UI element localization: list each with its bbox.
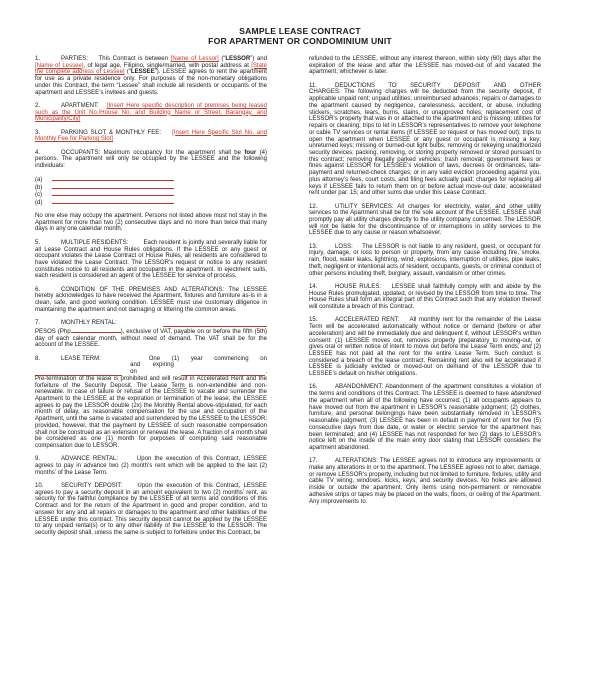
emphasis-abandoned: abandoned <box>511 391 541 397</box>
section-occupants: 4.OCCUPANTS: Maximum occupancy for the a… <box>35 150 267 170</box>
term-lessor: LESSOR <box>225 56 250 62</box>
section-alterations: 17.ALTERATIONS: The LESSEE agrees not to… <box>309 458 541 505</box>
section-lease-term: 8.LEASE TERM:One (1) year commencing on … <box>35 356 267 450</box>
security-deposit-continued: refunded to the LESSEE, without any inte… <box>309 56 541 76</box>
text: ”) and <box>250 56 267 62</box>
text: This Contract is between <box>99 56 171 62</box>
section-accelerated-rent: 15.ACCELERATED RENT: All monthly rent fo… <box>309 317 541 377</box>
section-heading: ALTERATIONS: <box>335 458 378 464</box>
section-heading: MULTIPLE RESIDENTS: <box>61 240 128 246</box>
section-utility-services: 12.UTILITY SERVICES: All charges for ele… <box>309 204 541 238</box>
occupant-blank-field[interactable] <box>52 199 174 204</box>
occupant-blank-field[interactable] <box>52 184 174 189</box>
section-heading: PARTIES: <box>61 56 88 62</box>
placeholder-lessee-name[interactable]: [Name of Lessee] <box>35 63 84 69</box>
text: The LESSEE agrees not to introduce any i… <box>309 458 541 504</box>
section-heading: APARTMENT: <box>61 103 99 109</box>
section-number: 8. <box>35 356 61 363</box>
occupant-label: (a) <box>35 177 42 183</box>
section-heading: HOUSE RULES: <box>335 284 381 290</box>
occupants-restriction: No one else may occupy the apartment. Pe… <box>35 213 267 233</box>
section-heading: UTILITY SERVICES: <box>335 204 394 210</box>
text: Maximum occupancy for the apartment shal… <box>104 150 245 156</box>
left-column: 1.PARTIES: This Contract is between [Nam… <box>35 56 267 543</box>
document-title: SAMPLE LEASE CONTRACT FOR APARTMENT OR C… <box>0 26 600 46</box>
text: Upon the execution of this Contract, LES… <box>35 483 267 536</box>
section-heading: LEASE TERM: <box>61 356 101 362</box>
section-number: 11. <box>309 83 335 90</box>
section-advance-rental: 9.ADVANCE RENTAL: Upon the execution of … <box>35 456 267 476</box>
text: Pre-termination of the lease is prohibit… <box>35 376 267 449</box>
section-number: 4. <box>35 150 61 157</box>
emphasis-and: and <box>521 344 531 350</box>
section-heading: CONDITION OF THE PREMISES AND ALTERATION… <box>61 287 224 293</box>
section-number: 12. <box>309 204 335 211</box>
section-heading: ABANDONMENT: <box>335 384 383 390</box>
occupant-row: (c) <box>35 191 267 199</box>
section-number: 6. <box>35 287 61 294</box>
section-multiple-residents: 5.MULTIPLE RESIDENTS: Each resident is j… <box>35 240 267 280</box>
section-number: 17. <box>309 458 335 465</box>
rental-amount-field[interactable] <box>71 327 121 333</box>
lease-term-number-heading: 8.LEASE TERM: <box>35 356 101 363</box>
text: The following charges will be deducted f… <box>309 89 541 196</box>
text: . <box>265 369 267 376</box>
section-monthly-rental: 7.MONTHLY RENTAL: PESOS (Php), exclusive… <box>35 320 267 349</box>
section-house-rules: 14.HOUSE RULES: LESSEE shall faithfully … <box>309 284 541 311</box>
section-heading: ADVANCE RENTAL: <box>61 456 118 462</box>
section-heading: SECURITY DEPOSIT: <box>61 483 122 489</box>
subtitle: FOR APARTMENT OR CONDOMINIUM UNIT <box>0 36 600 46</box>
section-number: 7. <box>35 320 61 327</box>
section-apartment: 2.APARTMENT: [Insert Here specific descr… <box>35 103 267 123</box>
lease-term-line: 8.LEASE TERM:One (1) year commencing on <box>35 356 267 363</box>
text: and expiring on <box>130 362 174 375</box>
text: One (1) year commencing on <box>149 356 267 363</box>
section-parties: 1.PARTIES: This Contract is between [Nam… <box>35 56 267 96</box>
occupant-label: (c) <box>35 192 42 198</box>
section-number: 5. <box>35 240 61 247</box>
occupant-row: (d) <box>35 199 267 207</box>
title: SAMPLE LEASE CONTRACT <box>0 26 600 36</box>
section-number: 9. <box>35 456 61 463</box>
term-four: four <box>244 150 256 156</box>
section-heading: ACCELERATED RENT: <box>335 317 399 323</box>
occupant-label: (d) <box>35 200 42 206</box>
section-heading: PARKING SLOT & MONTHLY FEE: <box>61 130 161 136</box>
section-parking: 3.PARKING SLOT & MONTHLY FEE: [Insert He… <box>35 130 267 143</box>
document-page: SAMPLE LEASE CONTRACT FOR APARTMENT OR C… <box>0 0 600 700</box>
section-deductions: 11.DEDUCTIONS TO SECURITY DEPOSIT AND OT… <box>309 83 541 197</box>
occupant-label: (b) <box>35 185 42 191</box>
placeholder-lessor-name[interactable]: [Name of Lessor] <box>171 56 219 62</box>
section-number: 1. <box>35 56 61 63</box>
section-heading: LOSS: <box>335 244 353 250</box>
section-number: 3. <box>35 130 61 137</box>
text: PESOS (Php <box>35 329 71 335</box>
section-number: 15. <box>309 317 335 324</box>
section-number: 16. <box>309 384 335 391</box>
section-heading: OCCUPANTS: <box>61 150 100 156</box>
section-security-deposit: 10.SECURITY DEPOSIT: Upon the execution … <box>35 483 267 537</box>
occupant-blank-field[interactable] <box>52 191 174 196</box>
section-number: 13. <box>309 244 335 251</box>
section-heading: MONTHLY RENTAL: <box>61 320 117 326</box>
text: the apartment when all of the following … <box>309 398 541 451</box>
section-number: 14. <box>309 284 335 291</box>
section-loss: 13.LOSS: The LESSOR is not liable to any… <box>309 244 541 278</box>
text: , of legal age, Filipino, single/married… <box>84 63 252 69</box>
occupant-blank-field[interactable] <box>52 176 174 181</box>
occupant-row: (b) <box>35 184 267 192</box>
right-column: refunded to the LESSEE, without any inte… <box>309 56 541 512</box>
text: Each resident is jointly and severally l… <box>35 240 267 280</box>
section-number: 10. <box>35 483 61 490</box>
term-lessee: LESSEE <box>131 69 155 75</box>
section-abandonment: 16.ABANDONMENT: Abandonment of the apart… <box>309 384 541 451</box>
section-number: 2. <box>35 103 61 110</box>
section-condition: 6.CONDITION OF THE PREMISES AND ALTERATI… <box>35 287 267 314</box>
occupant-list: (a) (b) (c) (d) <box>35 176 267 206</box>
occupant-row: (a) <box>35 176 267 184</box>
lease-dates-line: and expiring on . <box>35 362 267 375</box>
rental-amount-words-field[interactable] <box>163 321 267 327</box>
